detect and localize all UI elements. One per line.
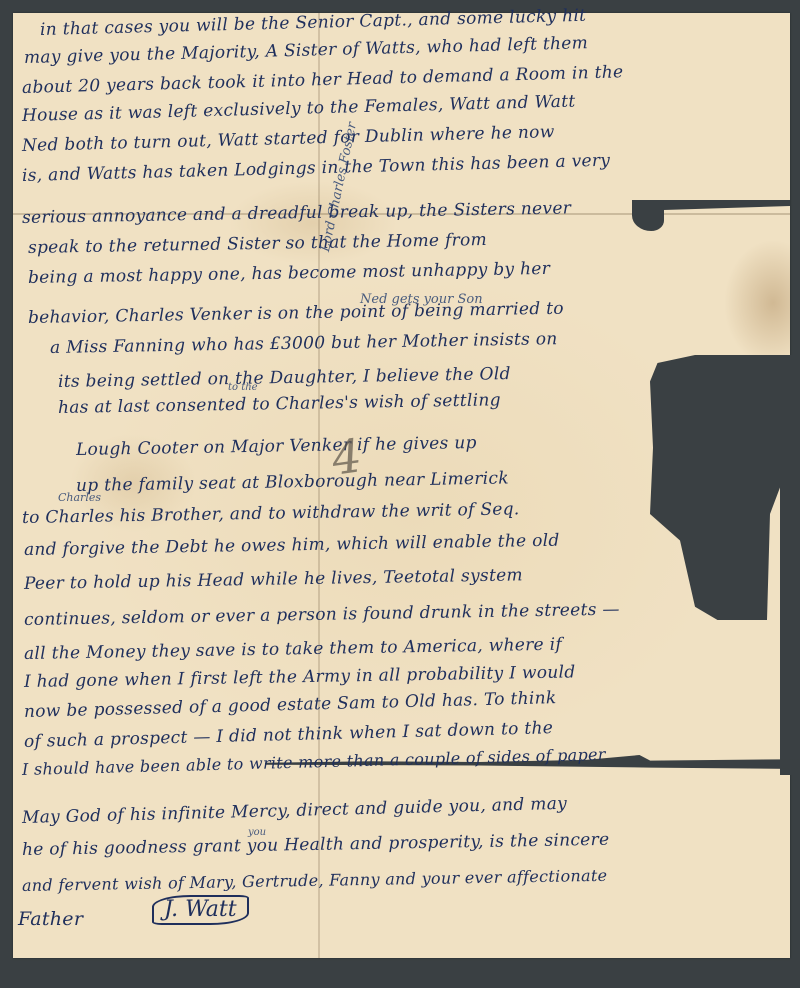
insertion-to-the: to the: [228, 382, 258, 393]
right-edge-gap: [780, 355, 800, 775]
letter-closing-father: Father: [18, 908, 83, 930]
insertion-charles: Charles: [58, 491, 101, 504]
signature: J. Watt: [152, 895, 249, 925]
crosswritten-fragment-2: Ned gets your Son: [360, 292, 483, 307]
insertion-you: you: [248, 827, 266, 838]
